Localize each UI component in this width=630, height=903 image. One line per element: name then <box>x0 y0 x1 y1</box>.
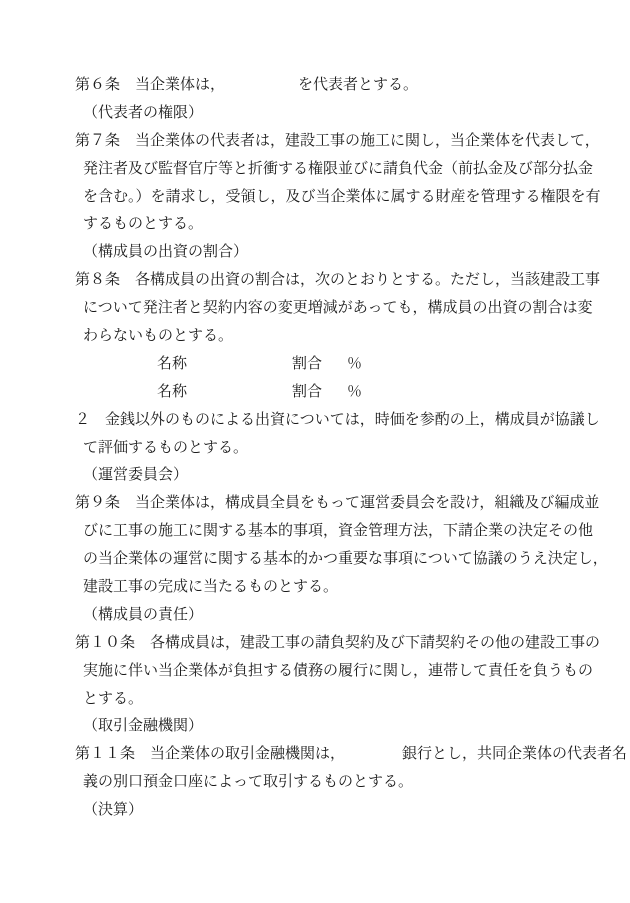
heading-ownership-ratio: （構成員の出資の割合） <box>0 238 630 266</box>
article-8-line-1: 第８条 各構成員の出資の割合は，次のとおりとする。ただし，当該建設工事 <box>0 266 630 294</box>
article-10-line-1: 第１０条 各構成員は，建設工事の請負契約及び下請契約その他の建設工事の <box>0 629 630 657</box>
heading-member-liability: （構成員の責任） <box>0 601 630 629</box>
article-10-line-2: 実施に伴い当企業体が負担する債務の履行に関し，連帯して責任を負うもの <box>0 657 630 685</box>
article-11-line-2: 義の別口預金口座によって取引するものとする。 <box>0 768 630 796</box>
percent-sign: ％ <box>347 382 362 400</box>
ownership-ratio-row-2: 名称割合％ <box>0 378 630 406</box>
ratio-label: 割合 <box>292 382 322 400</box>
article-8-clause-2-line-1: ２ 金銭以外のものによる出資については，時価を参酌の上，構成員が協議し <box>0 406 630 434</box>
article-11-text-post: 銀行とし，共同企業体の代表者名 <box>402 744 627 762</box>
heading-settlement: （決算） <box>0 796 630 824</box>
article-8-line-3: わらないものとする。 <box>0 322 630 350</box>
article-11-line-1: 第１１条 当企業体の取引金融機関は，銀行とし，共同企業体の代表者名 <box>0 740 630 768</box>
bank-name-blank <box>345 757 402 758</box>
article-9-line-2: びに工事の施工に関する基本的事項，資金管理方法，下請企業の決定その他 <box>0 517 630 545</box>
heading-bank: （取引金融機関） <box>0 712 630 740</box>
article-8-clause-2-line-2: て評価するものとする。 <box>0 434 630 462</box>
article-9-line-3: の当企業体の運営に関する基本的かつ重要な事項について協議のうえ決定し， <box>0 545 630 573</box>
agreement-body: 第６条 当企業体は，を代表者とする。 （代表者の権限） 第７条 当企業体の代表者… <box>0 71 630 824</box>
article-7-line-3: を含む。）を請求し，受領し，及び当企業体に属する財産を管理する権限を有 <box>0 183 630 211</box>
article-11-text-pre: 第１１条 当企業体の取引金融機関は， <box>75 744 345 762</box>
heading-representative-authority: （代表者の権限） <box>0 99 630 127</box>
article-9-line-1: 第９条 当企業体は，構成員全員をもって運営委員会を設け，組織及び編成並 <box>0 489 630 517</box>
article-6-text-pre: 第６条 当企業体は， <box>75 75 225 93</box>
article-7-line-2: 発注者及び監督官庁等と折衝する権限並びに請負代金（前払金及び部分払金 <box>0 155 630 183</box>
ownership-ratio-row-1: 名称割合％ <box>0 350 630 378</box>
article-6-line: 第６条 当企業体は，を代表者とする。 <box>0 71 630 99</box>
name-label: 名称 <box>157 354 187 372</box>
article-9-line-4: 建設工事の完成に当たるものとする。 <box>0 573 630 601</box>
article-7-line-4: するものとする。 <box>0 210 630 238</box>
ratio-label: 割合 <box>292 354 322 372</box>
representative-name-blank <box>225 88 298 89</box>
name-label: 名称 <box>157 382 187 400</box>
article-10-line-3: とする。 <box>0 685 630 713</box>
heading-steering-committee: （運営委員会） <box>0 461 630 489</box>
article-6-text-post: を代表者とする。 <box>298 75 418 93</box>
article-7-line-1: 第７条 当企業体の代表者は，建設工事の施工に関し，当企業体を代表して， <box>0 127 630 155</box>
article-8-line-2: について発注者と契約内容の変更増減があっても，構成員の出資の割合は変 <box>0 294 630 322</box>
document-page: 第６条 当企業体は，を代表者とする。 （代表者の権限） 第７条 当企業体の代表者… <box>0 0 630 903</box>
percent-sign: ％ <box>347 354 362 372</box>
